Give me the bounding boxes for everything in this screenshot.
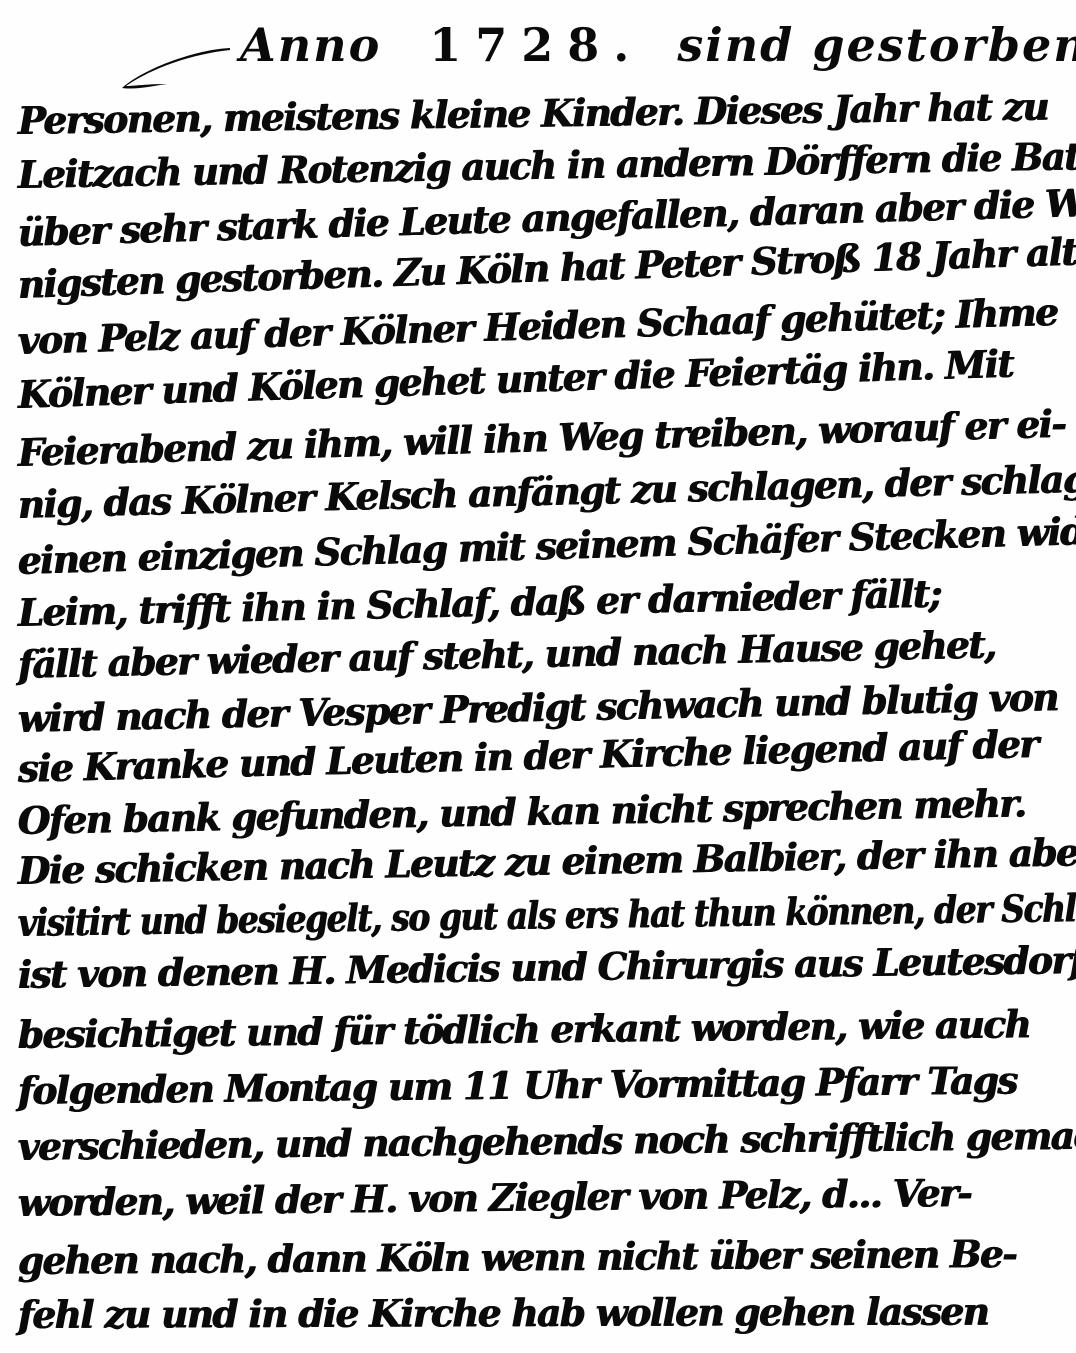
manuscript-line: worden, weil der H. von Ziegler von Pelz… [18, 1169, 1042, 1225]
manuscript-line: folgenden Montag um 11 Uhr Vormittag Pfa… [18, 1057, 1042, 1113]
manuscript-line: fehl zu und in die Kirche hab wollen geh… [18, 1288, 1041, 1337]
manuscript-line: gehen nach, dann Köln wenn nicht über se… [18, 1231, 1041, 1283]
manuscript-line: besichtiget und für tödlich erkant worde… [18, 1001, 1042, 1057]
decorative-flourish-icon [112, 40, 232, 100]
heading-year: 1728. [429, 18, 643, 72]
heading-anno: Anno [240, 18, 381, 72]
page-heading: Anno 1728. sind gestorben 77 [240, 18, 1076, 72]
heading-text: sind gestorben [677, 18, 1076, 72]
manuscript-line: verschieden, und nachgehends noch schrif… [18, 1113, 1042, 1169]
manuscript-line: visitirt und besiegelt, so gut als ers h… [18, 887, 916, 945]
manuscript-line: ist von denen H. Medicis und Chirurgis a… [18, 938, 1042, 997]
manuscript-page: Anno 1728. sind gestorben 77 Personen, m… [0, 0, 1076, 1353]
